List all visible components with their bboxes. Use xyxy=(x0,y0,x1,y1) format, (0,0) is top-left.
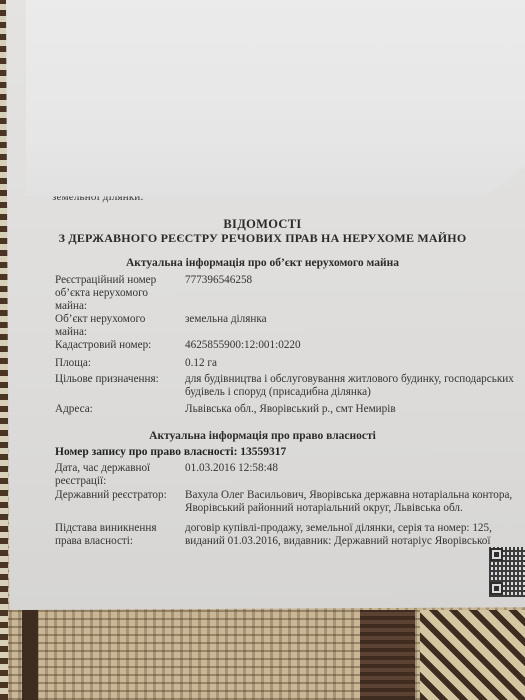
field-label-area: Площа: xyxy=(55,357,175,370)
field-value-purpose: для будівництва і обслуговування житлово… xyxy=(185,373,525,399)
ownership-record-number: Номер запису про право власності: 135593… xyxy=(55,446,286,458)
field-value-ownership-basis: договір купівлі-продажу, земельної ділян… xyxy=(185,522,525,548)
field-label-cadastral-number: Кадастровий номер: xyxy=(55,339,175,352)
field-label-registration-date: Дата, час державної реєстрації: xyxy=(55,462,175,488)
field-label-address: Адреса: xyxy=(55,403,175,416)
carpet-pattern-dark-band xyxy=(360,610,415,700)
field-value-registration-number: 777396546258 xyxy=(185,274,525,287)
field-value-registrar: Вахула Олег Васильович, Яворівська держа… xyxy=(185,489,525,515)
field-value-registration-date: 01.03.2016 12:58:48 xyxy=(185,462,525,475)
carpet-pattern-zigzag xyxy=(420,610,525,700)
field-label-purpose: Цільове призначення: xyxy=(55,373,185,386)
section-heading-ownership: Актуальна інформація про право власності xyxy=(0,430,525,442)
section-heading-property: Актуальна інформація про об’єкт нерухомо… xyxy=(0,257,525,269)
document-subtitle: З ДЕРЖАВНОГО РЕЄСТРУ РЕЧОВИХ ПРАВ НА НЕР… xyxy=(0,231,525,246)
qr-code-icon xyxy=(489,547,525,597)
overlapping-paper-sheet xyxy=(26,0,525,196)
field-value-property-object: земельна ділянка xyxy=(185,313,525,326)
field-label-registration-number: Реєстраційний номер об’єкта нерухомого м… xyxy=(55,274,175,313)
carpet-pattern-thin-band xyxy=(22,610,38,700)
field-label-registrar: Державний реєстратор: xyxy=(55,489,185,502)
field-value-area: 0.12 га xyxy=(185,357,525,370)
field-value-cadastral-number: 4625855900:12:001:0220 xyxy=(185,339,525,352)
qr-finder-pattern xyxy=(490,548,503,561)
field-value-address: Львівська обл., Яворівський р., смт Неми… xyxy=(185,403,525,416)
field-label-property-object: Об’єкт нерухомого майна: xyxy=(55,313,175,339)
qr-finder-pattern xyxy=(490,582,503,595)
field-label-ownership-basis: Підстава виникнення права власності: xyxy=(55,522,175,548)
document-title: ВІДОМОСТІ xyxy=(0,217,525,232)
